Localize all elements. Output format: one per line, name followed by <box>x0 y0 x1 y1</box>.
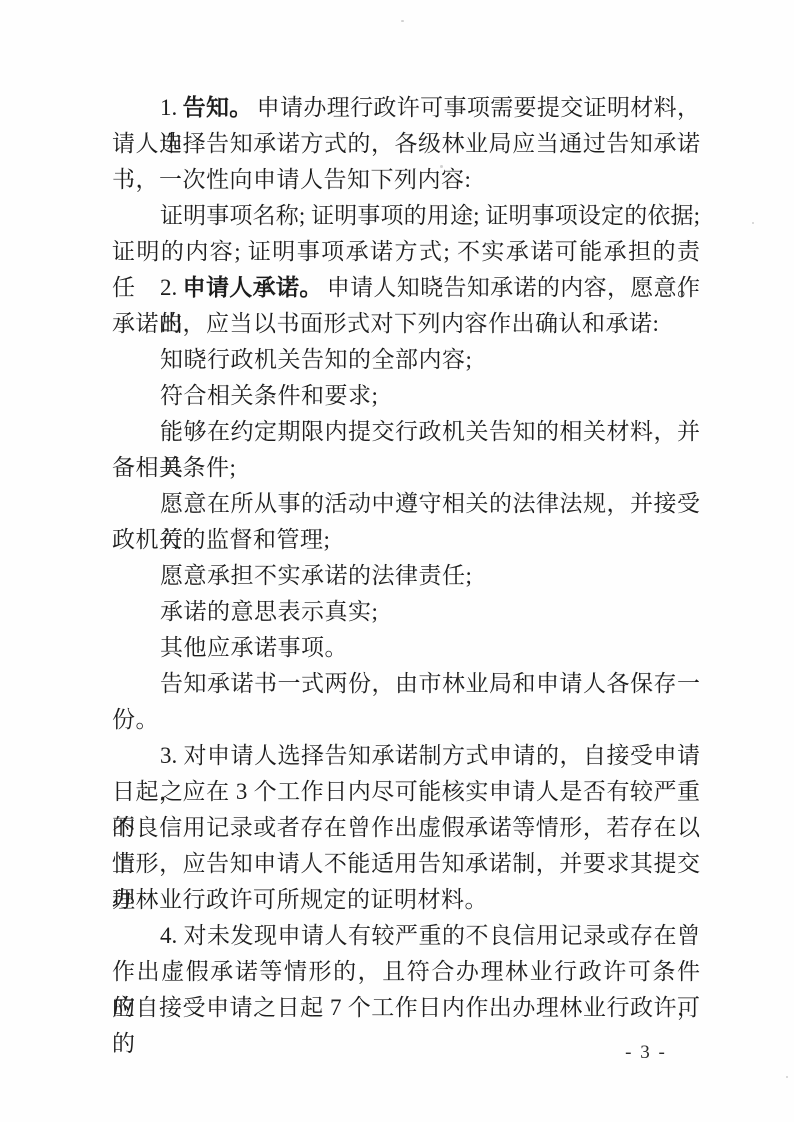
item-number: 1. <box>160 95 177 120</box>
text-line: 其他应承诺事项。 <box>112 630 700 666</box>
text-line: 请人选择告知承诺方式的，各级林业局应当通过告知承诺 <box>112 126 700 162</box>
item-heading: 告知。 <box>182 95 252 120</box>
text-line: 4. 对未发现申请人有较严重的不良信用记录或存在曾 <box>112 918 700 954</box>
text-line: 告知承诺书一式两份，由市林业局和申请人各保存一 <box>112 666 700 702</box>
scan-speck <box>752 222 754 224</box>
text-line: 理林业行政许可所规定的证明材料。 <box>112 882 700 918</box>
text-line: 3. 对申请人选择告知承诺制方式申请的，自接受申请之 <box>112 738 700 774</box>
text-line: 证明事项名称; 证明事项的用途; 证明事项设定的依据; <box>112 198 700 234</box>
text-line: 不良信用记录或者存在曾作出虚假承诺等情形，若存在以上 <box>112 810 700 846</box>
text-line: 作出虚假承诺等情形的，且符合办理林业行政许可条件的， <box>112 954 700 990</box>
text-line: 能够在约定期限内提交行政机关告知的相关材料，并具 <box>112 414 700 450</box>
document-page: 1.告知。申请办理行政许可事项需要提交证明材料，申 请人选择告知承诺方式的，各级… <box>0 0 794 1122</box>
scan-speck <box>401 20 404 22</box>
text-line: 份。 <box>112 702 700 738</box>
scan-speck <box>786 1076 788 1078</box>
item-number: 2. <box>160 275 177 300</box>
text-line: 政机关的监督和管理; <box>112 522 700 558</box>
text-line: 承诺的，应当以书面形式对下列内容作出确认和承诺: <box>112 306 700 342</box>
text-line: 备相关条件; <box>112 450 700 486</box>
text-line: 2.申请人承诺。申请人知晓告知承诺的内容，愿意作出 <box>112 270 700 306</box>
document-text-block: 1.告知。申请办理行政许可事项需要提交证明材料，申 请人选择告知承诺方式的，各级… <box>112 90 700 1026</box>
text-line: 承诺的意思表示真实; <box>112 594 700 630</box>
scan-speck <box>440 165 443 168</box>
text-line: 日起，应在 3 个工作日内尽可能核实申请人是否有较严重的 <box>112 774 700 810</box>
page-number: - 3 - <box>598 1042 694 1064</box>
text-line: 书，一次性向申请人告知下列内容: <box>112 162 700 198</box>
text-line: 情形，应告知申请人不能适用告知承诺制，并要求其提交办 <box>112 846 700 882</box>
text-line: 知晓行政机关告知的全部内容; <box>112 342 700 378</box>
text-line: 证明的内容; 证明事项承诺方式; 不实承诺可能承担的责任。 <box>112 234 700 270</box>
text-line: 1.告知。申请办理行政许可事项需要提交证明材料，申 <box>112 90 700 126</box>
text-line: 愿意在所从事的活动中遵守相关的法律法规，并接受行 <box>112 486 700 522</box>
text-line: 应自接受申请之日起 7 个工作日内作出办理林业行政许可的 <box>112 990 700 1026</box>
text-line: 符合相关条件和要求; <box>112 378 700 414</box>
text-line: 愿意承担不实承诺的法律责任; <box>112 558 700 594</box>
item-heading: 申请人承诺。 <box>182 275 322 300</box>
